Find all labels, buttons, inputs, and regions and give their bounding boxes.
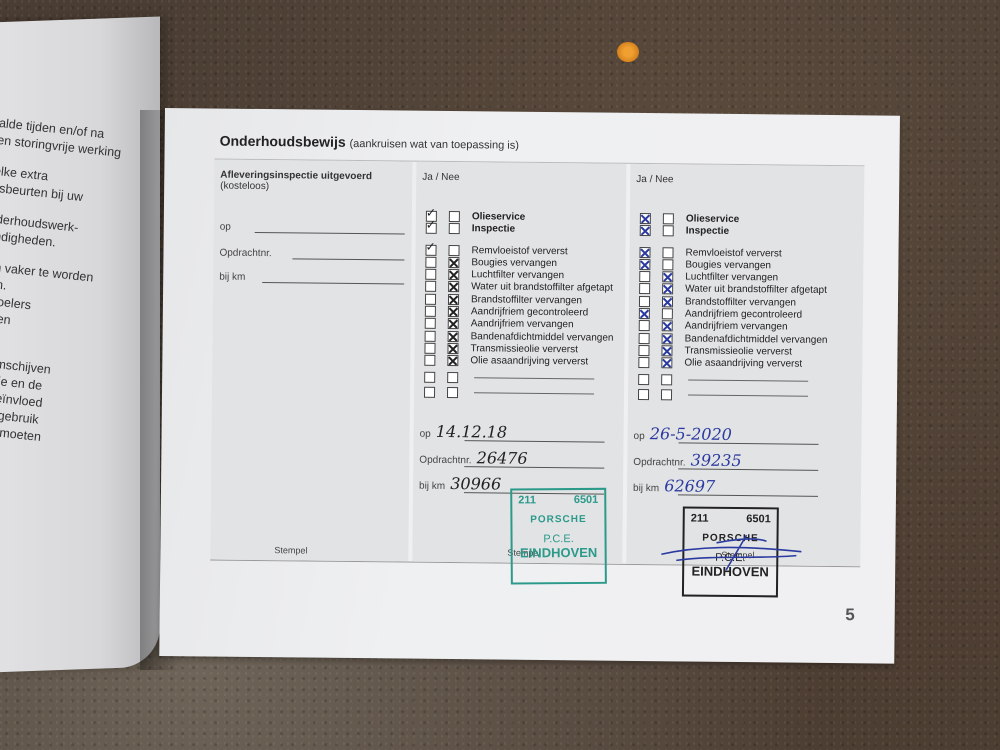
checkbox-nee[interactable] xyxy=(662,321,673,332)
checkbox-ja[interactable] xyxy=(425,306,436,317)
blank-item-row xyxy=(424,371,594,385)
service-item-row: Luchtfilter vervangen xyxy=(425,268,564,281)
checkbox-nee[interactable] xyxy=(448,244,459,255)
underline xyxy=(679,442,819,444)
checkbox-ja[interactable] xyxy=(424,386,435,397)
service-label: Brandstoffilter vervangen xyxy=(471,294,582,306)
checkbox-ja[interactable] xyxy=(639,296,650,307)
field-label: bij km xyxy=(633,483,659,494)
service-label: Remvloeistof ververst xyxy=(685,247,781,259)
checkbox-nee[interactable] xyxy=(447,343,458,354)
field-label: Opdrachtnr. xyxy=(633,457,685,469)
service-item-row: Olie asaandrijving ververst xyxy=(424,354,588,368)
checkbox-nee[interactable] xyxy=(447,355,458,366)
service-label: Olie asaandrijving ververst xyxy=(470,355,588,367)
checkbox-ja[interactable] xyxy=(425,281,436,292)
service-label: Transmissieolie ververst xyxy=(470,343,578,355)
blank-line[interactable] xyxy=(474,376,594,379)
stamp-dealer-name: P.C.E. xyxy=(513,533,605,546)
title-text: Onderhoudsbewijs xyxy=(220,133,346,150)
checkbox-nee[interactable] xyxy=(447,386,458,397)
checkbox-ja[interactable] xyxy=(425,293,436,304)
blank-line[interactable] xyxy=(474,391,594,394)
main-service-row: Inspectie xyxy=(640,224,729,237)
service-order-field[interactable]: Opdrachtnr. 39235 xyxy=(633,450,818,471)
checkbox-ja[interactable] xyxy=(640,224,651,235)
checkbox-nee[interactable] xyxy=(661,345,672,356)
service-column-2: Ja / NeeOlieserviceInspectieRemvloeistof… xyxy=(626,164,864,566)
service-label: Bandenafdichtmiddel vervangen xyxy=(685,333,828,345)
orange-stain xyxy=(617,42,639,62)
checkbox-ja[interactable] xyxy=(424,343,435,354)
field-label: bij km xyxy=(219,272,245,283)
underline xyxy=(678,494,818,496)
stamp-code-right: 6501 xyxy=(746,513,771,525)
checkbox-nee[interactable] xyxy=(448,281,459,292)
checkbox-ja[interactable] xyxy=(638,345,649,356)
checkbox-ja[interactable] xyxy=(639,246,650,257)
checkbox-nee[interactable] xyxy=(662,333,673,344)
field-label: Opdrachtnr. xyxy=(419,455,471,467)
blank-item-row xyxy=(638,373,808,387)
field-label: op xyxy=(420,429,431,440)
checkbox-nee[interactable] xyxy=(448,294,459,305)
stamp-city: EINDHOVEN xyxy=(513,545,605,561)
service-label: Bougies vervangen xyxy=(471,257,557,269)
checkbox-nee[interactable] xyxy=(448,257,459,268)
page-number: 5 xyxy=(845,605,855,625)
service-label: Water uit brandstoffilter afgetapt xyxy=(471,282,613,294)
checkbox-ja[interactable] xyxy=(640,212,651,223)
checkbox-ja[interactable] xyxy=(638,388,649,399)
handwritten-value: 62697 xyxy=(659,476,715,496)
main-service-row: Olieservice xyxy=(426,210,525,223)
checkbox-ja[interactable] xyxy=(639,308,650,319)
field-label: op xyxy=(634,431,645,442)
checkbox-nee[interactable] xyxy=(662,271,673,282)
service-km-field[interactable]: bij km 62697 xyxy=(633,476,818,497)
signature-scribble xyxy=(656,524,807,576)
service-label: Olieservice xyxy=(472,211,525,223)
dealer-stamp-green: 2116501PORSCHEP.C.E.EINDHOVEN xyxy=(510,488,607,585)
service-label: Aandrijfriem vervangen xyxy=(685,321,788,333)
service-label: Inspectie xyxy=(686,225,729,236)
maintenance-record-page: Onderhoudsbewijs (aankruisen wat van toe… xyxy=(159,108,900,664)
stamp-code-left: 211 xyxy=(691,513,709,525)
handwritten-value: 30966 xyxy=(445,474,501,494)
blank-line[interactable] xyxy=(688,378,808,381)
underline xyxy=(464,466,604,468)
checkbox-nee[interactable] xyxy=(662,308,673,319)
delivery-subheading: (kosteloos) xyxy=(220,181,269,193)
checkbox-nee[interactable] xyxy=(448,306,459,317)
delivery-km-field[interactable]: bij km xyxy=(219,272,404,285)
stamp-code-right: 6501 xyxy=(574,494,599,506)
handwritten-value: 39235 xyxy=(686,450,742,470)
service-label: Aandrijfriem vervangen xyxy=(471,319,574,331)
checkbox-ja[interactable] xyxy=(425,269,436,280)
service-label: Luchtfilter vervangen xyxy=(471,269,564,281)
stamp-codes: 2116501 xyxy=(685,508,777,525)
service-item-row: Remvloeistof ververst xyxy=(425,244,567,257)
service-label: Water uit brandstoffilter afgetapt xyxy=(685,284,827,296)
checkbox-ja[interactable] xyxy=(638,373,649,384)
handwritten-value: 26476 xyxy=(472,448,528,468)
checkbox-nee[interactable] xyxy=(448,269,459,280)
checkbox-nee[interactable] xyxy=(662,296,673,307)
stamp-brand: PORSCHE xyxy=(512,514,604,526)
blank-item-row xyxy=(424,386,594,400)
checkbox-nee[interactable] xyxy=(663,225,674,236)
checkbox-ja[interactable] xyxy=(425,244,436,255)
handwritten-value: 26-5-2020 xyxy=(645,424,732,444)
service-item-row: Bougies vervangen xyxy=(425,256,557,269)
checkbox-nee[interactable] xyxy=(661,374,672,385)
ja-nee-header: Ja / Nee xyxy=(422,172,459,183)
checkbox-ja[interactable] xyxy=(425,257,436,268)
service-label: Luchtfilter vervangen xyxy=(685,272,778,284)
service-date-field[interactable]: op 14.12.18 xyxy=(420,422,605,443)
delivery-heading: Afleveringsinspectie uitgevoerd (kostelo… xyxy=(220,170,372,194)
checkbox-nee[interactable] xyxy=(662,247,673,258)
service-item-row: Luchtfilter vervangen xyxy=(639,271,778,284)
service-label: Bandenafdichtmiddel vervangen xyxy=(471,331,614,343)
checkbox-ja[interactable] xyxy=(425,318,436,329)
stamp-codes: 2116501 xyxy=(512,490,604,507)
main-service-row: Inspectie xyxy=(426,222,515,235)
page-title: Onderhoudsbewijs (aankruisen wat van toe… xyxy=(220,133,519,152)
checkbox-ja[interactable] xyxy=(426,222,437,233)
checkbox-ja[interactable] xyxy=(639,333,650,344)
service-form: Afleveringsinspectie uitgevoerd (kostelo… xyxy=(210,159,864,568)
service-label: Transmissieolie ververst xyxy=(684,345,792,357)
ja-nee-header: Ja / Nee xyxy=(636,174,673,185)
delivery-inspection-column: Afleveringsinspectie uitgevoerd (kostelo… xyxy=(210,160,412,562)
service-label: Brandstoffilter vervangen xyxy=(685,296,796,308)
main-service-row: Olieservice xyxy=(640,212,739,225)
checkbox-ja[interactable] xyxy=(639,283,650,294)
service-order-field[interactable]: Opdrachtnr. 26476 xyxy=(419,448,604,469)
service-item-row: Aandrijfriem vervangen xyxy=(639,320,788,334)
stamp-code-left: 211 xyxy=(518,494,536,506)
service-label: Olie asaandrijving ververst xyxy=(684,358,802,370)
checkbox-ja[interactable] xyxy=(638,357,649,368)
blank-item-row xyxy=(638,388,808,402)
service-label: Bougies vervangen xyxy=(685,259,771,271)
delivery-order-field[interactable]: Opdrachtnr. xyxy=(219,248,404,261)
blank-line[interactable] xyxy=(688,393,808,396)
field-label: Opdrachtnr. xyxy=(219,248,271,260)
checkbox-nee[interactable] xyxy=(662,284,673,295)
checkbox-nee[interactable] xyxy=(449,222,460,233)
checkbox-ja[interactable] xyxy=(424,371,435,382)
checkbox-nee[interactable] xyxy=(448,318,459,329)
checkbox-nee[interactable] xyxy=(661,389,672,400)
service-item-row: Remvloeistof ververst xyxy=(639,246,781,259)
title-subtitle: (aankruisen wat van toepassing is) xyxy=(349,138,518,152)
field-label: op xyxy=(220,222,231,233)
checkbox-ja[interactable] xyxy=(424,355,435,366)
service-label: Aandrijfriem gecontroleerd xyxy=(471,306,588,318)
service-label: Remvloeistof ververst xyxy=(471,245,567,257)
checkbox-nee[interactable] xyxy=(661,357,672,368)
checkbox-nee[interactable] xyxy=(449,210,460,221)
checkbox-ja[interactable] xyxy=(639,271,650,282)
service-label: Inspectie xyxy=(472,223,515,234)
service-item-row: Bougies vervangen xyxy=(639,258,771,271)
service-label: Aandrijfriem gecontroleerd xyxy=(685,308,802,320)
handwritten-value: 14.12.18 xyxy=(431,422,508,442)
checkbox-ja[interactable] xyxy=(639,320,650,331)
checkbox-ja[interactable] xyxy=(639,259,650,270)
underline xyxy=(465,440,605,442)
underline xyxy=(678,468,818,470)
service-date-field[interactable]: op 26-5-2020 xyxy=(634,424,819,445)
delivery-date-field[interactable]: op xyxy=(220,222,405,235)
checkbox-nee[interactable] xyxy=(663,213,674,224)
service-item-row: Aandrijfriem vervangen xyxy=(425,318,574,332)
checkbox-nee[interactable] xyxy=(448,331,459,342)
checkbox-ja[interactable] xyxy=(425,330,436,341)
checkbox-nee[interactable] xyxy=(447,371,458,382)
field-label: bij km xyxy=(419,481,445,492)
service-item-row: Olie asaandrijving ververst xyxy=(638,357,802,371)
service-label: Olieservice xyxy=(686,213,739,225)
stamp-label: Stempel xyxy=(274,545,307,555)
checkbox-nee[interactable] xyxy=(662,259,673,270)
